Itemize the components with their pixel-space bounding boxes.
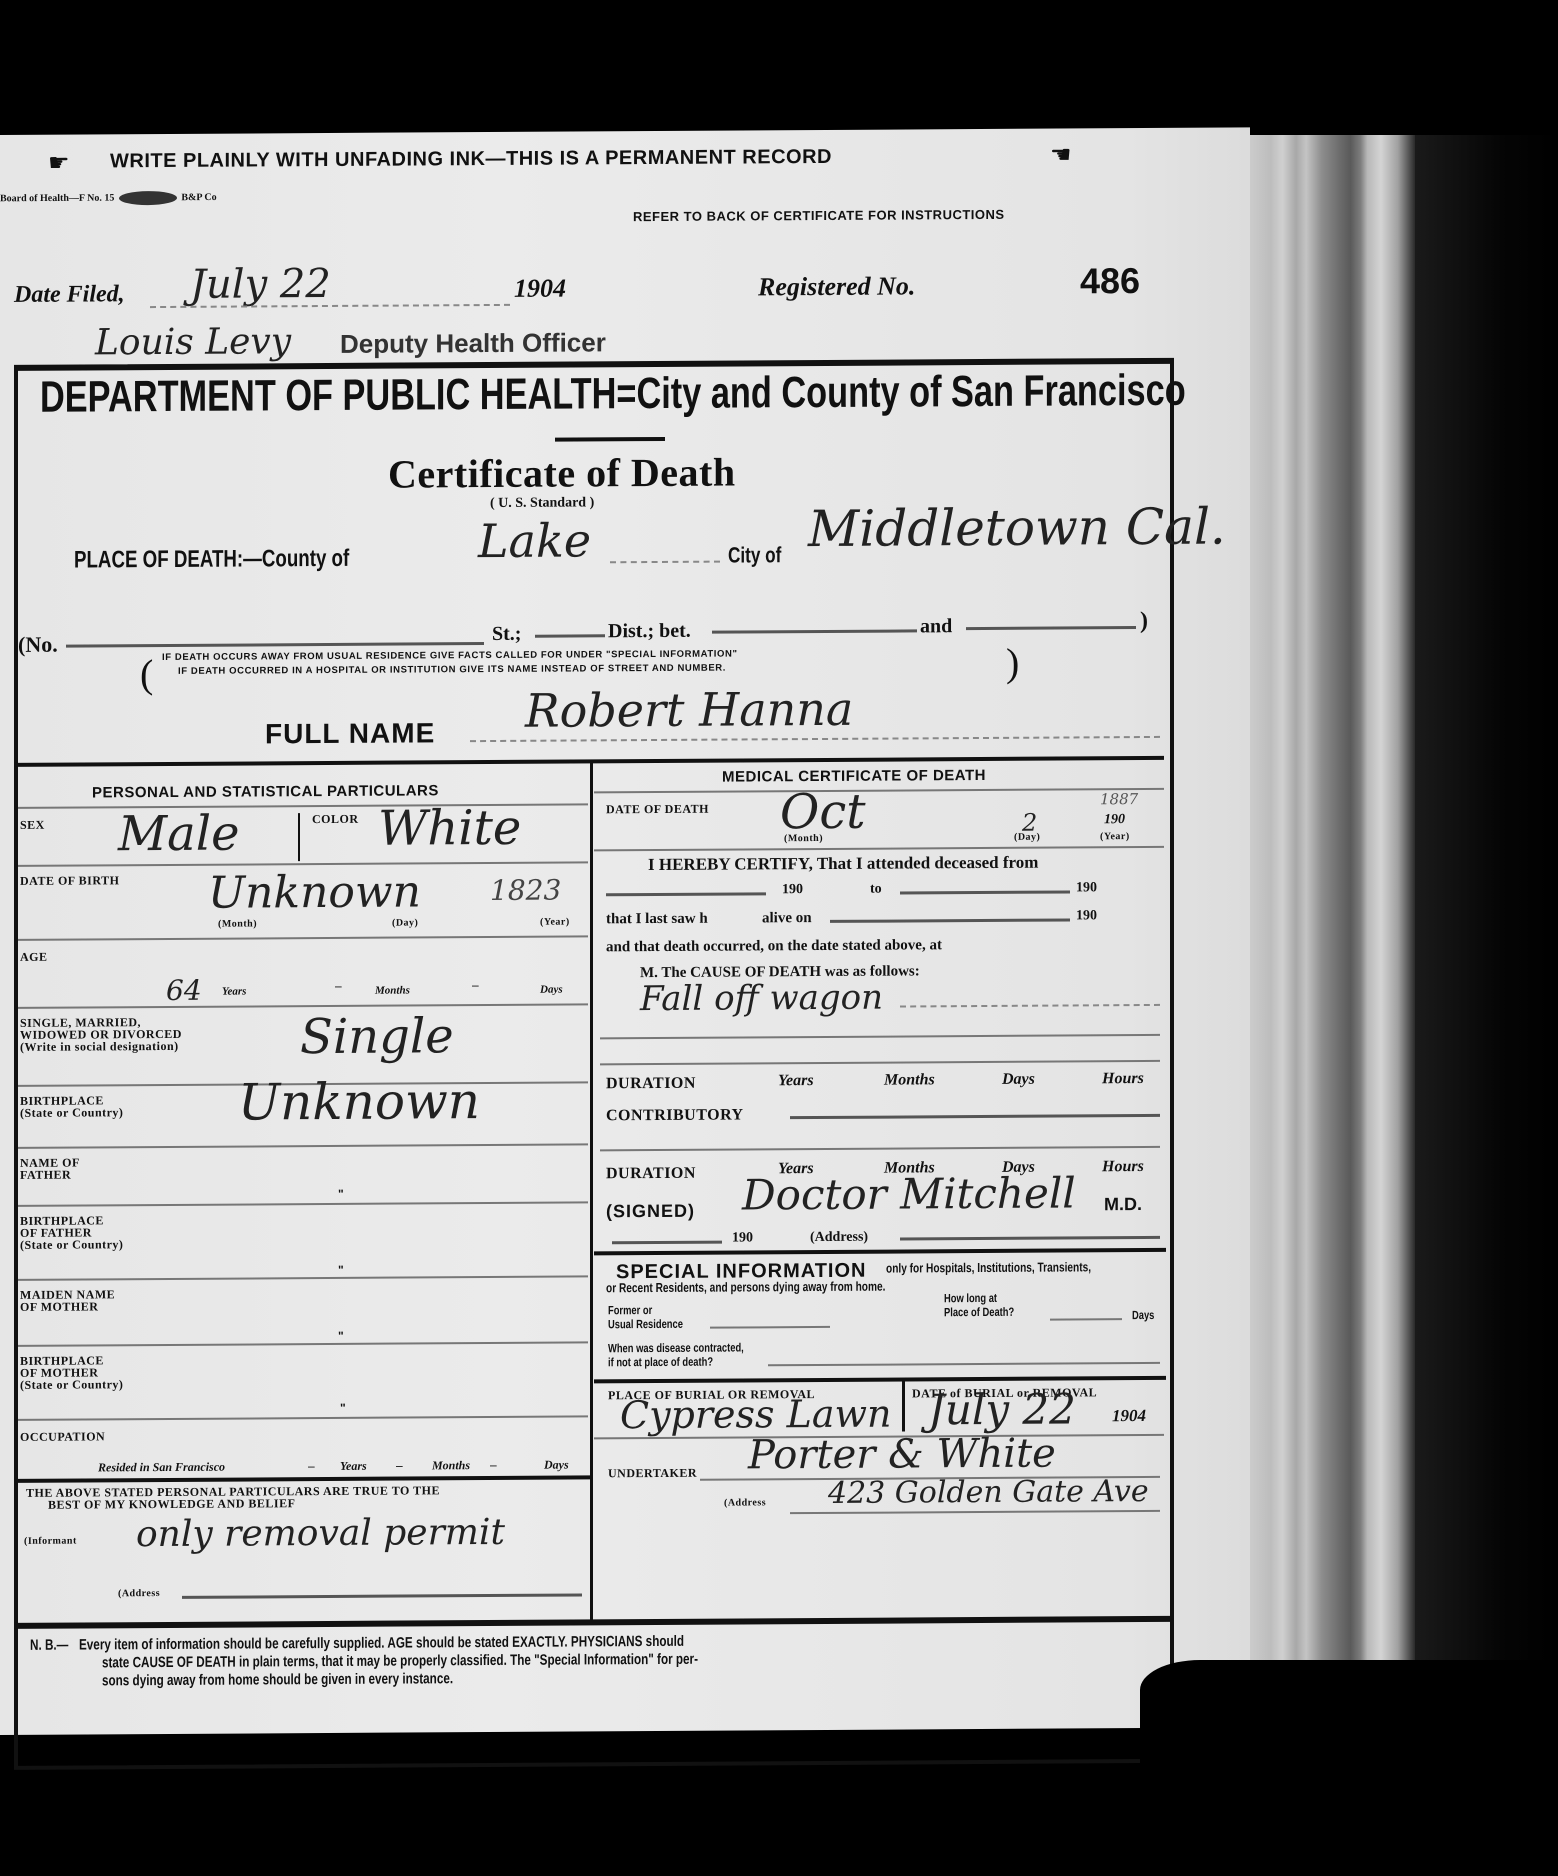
department-heading: DEPARTMENT OF PUBLIC HEALTH=City and Cou… — [40, 364, 1509, 423]
how-long-label-2: Place of Death? — [944, 1305, 1014, 1319]
father-value: " — [338, 1187, 344, 1201]
district-label: Dist.; bet. — [608, 620, 691, 644]
resided-years-caption: Years — [340, 1459, 367, 1474]
date-of-birth-year: 1823 — [490, 874, 561, 907]
birthplace-label-2: (State or Country) — [20, 1106, 123, 1119]
special-info-note-1-text: only for Hospitals, Institutions, Transi… — [886, 1259, 1091, 1275]
certificate-page: ☛ WRITE PLAINLY WITH UNFADING INK—THIS I… — [0, 127, 1250, 1735]
special-info-note-2-text: or Recent Residents, and persons dying a… — [606, 1279, 885, 1296]
dob-year-caption: (Year) — [540, 918, 570, 928]
attended-to-label: to — [870, 882, 882, 898]
undertaker-address-label: (Address — [724, 1498, 766, 1508]
burial-place-value: Cypress Lawn — [620, 1392, 892, 1438]
title-rule — [555, 437, 665, 442]
how-long-days-text: Days — [1132, 1308, 1154, 1322]
officer-signature: Louis Levy — [95, 321, 291, 363]
certify-statement: I HEREBY CERTIFY, That I attended deceas… — [648, 853, 1038, 875]
city-label: City of — [728, 542, 796, 568]
attended-from-year: 190 — [782, 882, 803, 898]
color-value: White — [378, 800, 521, 857]
mother-label-2: OF MOTHER — [20, 1300, 98, 1312]
attended-to-year: 190 — [1076, 880, 1097, 896]
age-label: AGE — [20, 951, 48, 963]
place-of-death-label-text: PLACE OF DEATH:—County of — [74, 545, 349, 575]
instructions-note: REFER TO BACK OF CERTIFICATE FOR INSTRUC… — [633, 207, 1005, 224]
registered-no-value: 486 — [1080, 260, 1140, 302]
age-days-caption: Days — [540, 984, 563, 996]
certificate-title: Certificate of Death — [388, 449, 736, 498]
special-info-note-1: only for Hospitals, Institutions, Transi… — [886, 1258, 1149, 1278]
note-open-paren: ( — [140, 650, 153, 697]
dod-year-caption: (Year) — [1100, 832, 1130, 842]
contracted-label: When was disease contracted, if not at p… — [608, 1340, 782, 1369]
former-residence-label-1: Former or — [608, 1303, 683, 1317]
date-filed-label: Date Filed, — [14, 281, 125, 309]
jurisdiction-name: City and County of San Francisco — [636, 366, 1185, 418]
date-of-death-year-printed: 190 — [1104, 812, 1125, 828]
father-label-2: FATHER — [20, 1169, 71, 1181]
burial-date-value: July 22 — [928, 1384, 1076, 1434]
informant-address-label: (Address — [118, 1589, 160, 1599]
union-label-seal-icon — [119, 191, 177, 205]
dob-day-caption: (Day) — [392, 918, 418, 928]
age-years-caption: Years — [222, 985, 246, 997]
burial-divider — [902, 1379, 905, 1431]
county-value: Lake — [478, 513, 591, 568]
birthplace-value: Unknown — [238, 1072, 480, 1131]
dod-day-caption: (Day) — [1014, 833, 1040, 843]
attest-line-2: BEST OF MY KNOWLEDGE AND BELIEF — [48, 1497, 295, 1511]
resided-days-caption: Days — [544, 1458, 569, 1473]
duration-days-1: Days — [1002, 1071, 1035, 1089]
resided-label: Resided in San Francisco — [98, 1460, 225, 1476]
date-filed-year: 1904 — [514, 274, 566, 304]
street-label: St.; — [492, 623, 521, 646]
burial-date-year: 1904 — [1112, 1406, 1146, 1426]
footer-nb-label: N. B.— — [30, 1637, 68, 1654]
former-residence-label-2: Usual Residence — [608, 1317, 683, 1331]
certificate-subtitle: ( U. S. Standard ) — [490, 495, 594, 512]
street-line — [535, 634, 605, 637]
registered-no-label: Registered No. — [758, 271, 915, 302]
date-of-death-month: Oct — [780, 784, 866, 841]
how-long-label: How long at Place of Death? — [944, 1291, 1034, 1320]
resided-years-value: – — [308, 1459, 315, 1473]
close-paren: ) — [1140, 608, 1148, 635]
father-birthplace-value: " — [338, 1263, 344, 1277]
date-of-death-label: DATE OF DEATH — [606, 803, 709, 816]
contracted-label-1: When was disease contracted, — [608, 1340, 744, 1355]
resided-months-value: – — [396, 1459, 403, 1473]
special-info-note-2: or Recent Residents, and persons dying a… — [606, 1277, 964, 1297]
physician-signature: Doctor Mitchell — [742, 1168, 1076, 1219]
form-number: Board of Health—F No. 15 B&P Co — [0, 191, 217, 206]
contributory-label: CONTRIBUTORY — [606, 1106, 744, 1125]
duration-months-1: Months — [884, 1071, 935, 1089]
printer-name: B&P Co — [181, 192, 216, 203]
duration-years-1: Years — [778, 1072, 814, 1090]
informant-label: (Informant — [24, 1537, 77, 1547]
undertaker-address-value: 423 Golden Gate Ave — [828, 1474, 1149, 1511]
duration-label-1: DURATION — [606, 1075, 696, 1094]
duration-hours-2: Hours — [1102, 1158, 1144, 1176]
color-label: COLOR — [312, 813, 359, 825]
scan-shadow — [1140, 1660, 1558, 1876]
last-saw-label: that I last saw h — [606, 911, 708, 929]
note-close-paren: ) — [1006, 639, 1019, 686]
date-of-birth-label: DATE OF BIRTH — [20, 874, 119, 887]
age-months-caption: Months — [375, 984, 410, 996]
dob-month-caption: (Month) — [218, 919, 257, 929]
md-suffix: M.D. — [1104, 1194, 1142, 1215]
marital-value: Single — [300, 1008, 454, 1065]
date-of-death-year-written: 1887 — [1100, 790, 1138, 808]
contracted-label-2: if not at place of death? — [608, 1354, 744, 1369]
form-number-text: Board of Health—F No. 15 — [0, 193, 114, 205]
occupation-label: OCCUPATION — [20, 1430, 105, 1443]
pointing-hand-left-icon: ☛ — [48, 149, 70, 178]
personal-section-title: PERSONAL AND STATISTICAL PARTICULARS — [92, 782, 439, 801]
city-value: Middletown Cal. — [808, 498, 1226, 559]
informant-value: only removal permit — [136, 1512, 505, 1555]
column-divider — [590, 761, 593, 1621]
marital-label-3: (Write in social designation) — [20, 1040, 179, 1053]
age-days-value: – — [472, 978, 479, 992]
footer-line-3: sons dying away from home should be give… — [102, 1670, 453, 1689]
street-no-label: (No. — [18, 632, 58, 658]
father-birthplace-label-3: (State or Country) — [20, 1238, 123, 1251]
dod-month-caption: (Month) — [784, 834, 823, 844]
sex-label: SEX — [20, 819, 45, 831]
city-label-text: City of — [728, 542, 781, 568]
alive-on-year: 190 — [1076, 908, 1097, 924]
signature-year: 190 — [732, 1230, 753, 1246]
footer-line-2: state CAUSE OF DEATH in plain terms, tha… — [102, 1651, 698, 1672]
undertaker-value: Porter & White — [748, 1431, 1056, 1479]
age-years-value: 64 — [166, 974, 202, 1007]
full-name-value: Robert Hanna — [525, 682, 853, 738]
former-residence-label: Former or Usual Residence — [608, 1303, 704, 1332]
mother-birthplace-value: " — [340, 1401, 346, 1415]
place-of-death-label: PLACE OF DEATH:—County of — [74, 544, 427, 574]
undertaker-label: UNDERTAKER — [608, 1467, 697, 1480]
sex-color-divider — [298, 813, 300, 861]
how-long-label-1: How long at — [944, 1291, 1014, 1305]
full-name-label: FULL NAME — [265, 717, 435, 750]
date-of-birth-month: Unknown — [208, 866, 421, 918]
physician-address-label: (Address) — [810, 1230, 868, 1246]
death-occurred-statement: and that death occurred, on the date sta… — [606, 937, 942, 956]
duration-hours-1: Hours — [1102, 1070, 1144, 1088]
permanent-record-warning: WRITE PLAINLY WITH UNFADING INK—THIS IS … — [110, 146, 832, 173]
cause-of-death-value: Fall off wagon — [640, 978, 883, 1019]
date-filed-value: July 22 — [190, 261, 331, 308]
officer-title: Deputy Health Officer — [340, 327, 606, 360]
alive-on-label: alive on — [762, 910, 812, 927]
footer-notes: N. B.—Every item of information should b… — [30, 1632, 866, 1691]
pointing-hand-right-icon: ☛ — [1050, 140, 1072, 169]
mother-value: " — [338, 1329, 344, 1343]
resided-days-value: – — [490, 1458, 497, 1472]
signed-label: (SIGNED) — [606, 1201, 695, 1223]
duration-label-2: DURATION — [606, 1165, 696, 1184]
department-name: DEPARTMENT OF PUBLIC HEALTH — [40, 369, 616, 422]
heading-dash: = — [616, 369, 636, 418]
how-long-days-label: Days — [1132, 1306, 1161, 1324]
resided-months-caption: Months — [432, 1458, 470, 1473]
age-months-value: – — [335, 979, 342, 993]
sex-value: Male — [118, 806, 240, 863]
mother-birthplace-label-3: (State or Country) — [20, 1378, 123, 1391]
and-label: and — [920, 615, 952, 638]
